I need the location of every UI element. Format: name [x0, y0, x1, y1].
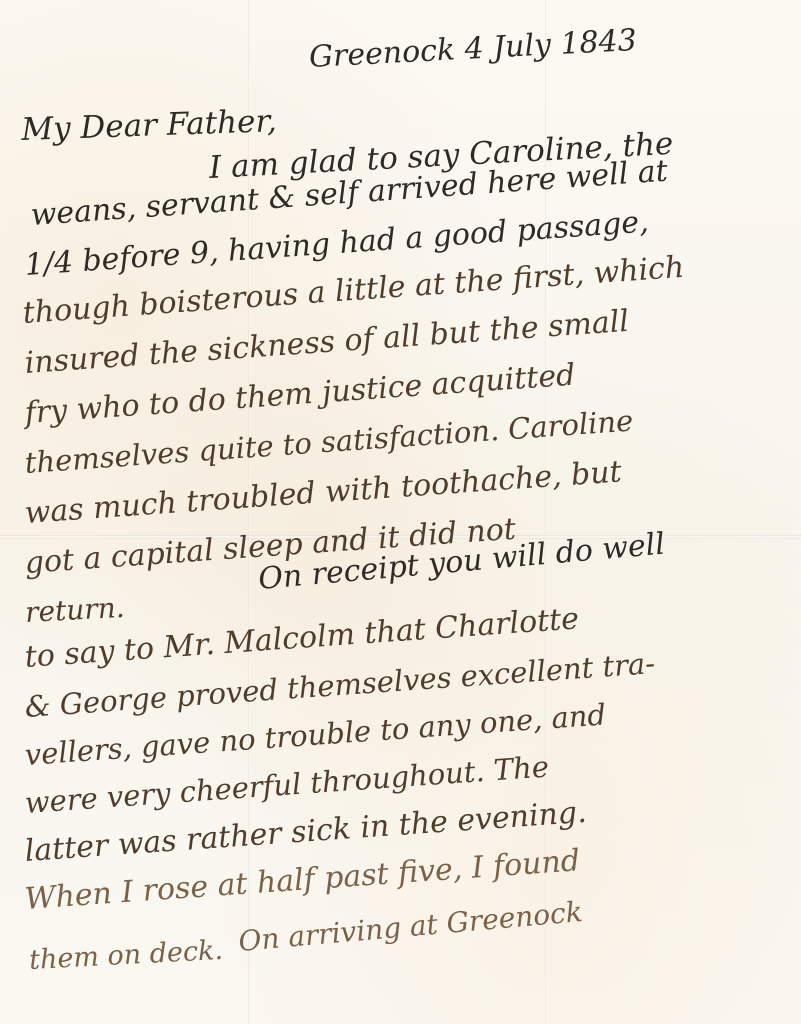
- letter-line-10: return.: [24, 591, 125, 629]
